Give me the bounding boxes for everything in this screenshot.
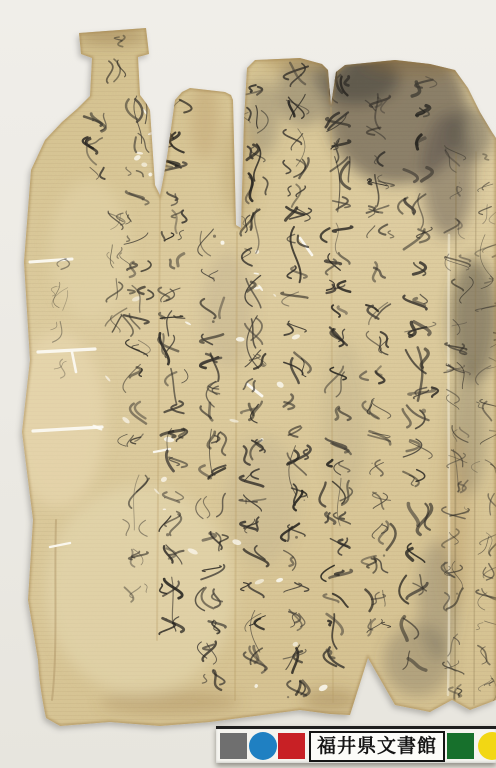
- red-square-patch: [278, 733, 305, 759]
- institution-label: 福井県文書館: [309, 731, 445, 762]
- archive-photo: 福井県文書館: [0, 0, 496, 768]
- manuscript-photo: [0, 0, 496, 768]
- gray-square-patch: [220, 733, 247, 759]
- green-square-patch: [447, 733, 474, 759]
- yellow-circle-patch: [478, 732, 496, 760]
- color-calibration-bar: 福井県文書館: [216, 726, 496, 763]
- institution-label-text: 福井県文書館: [317, 737, 437, 756]
- blue-circle-patch: [249, 732, 277, 760]
